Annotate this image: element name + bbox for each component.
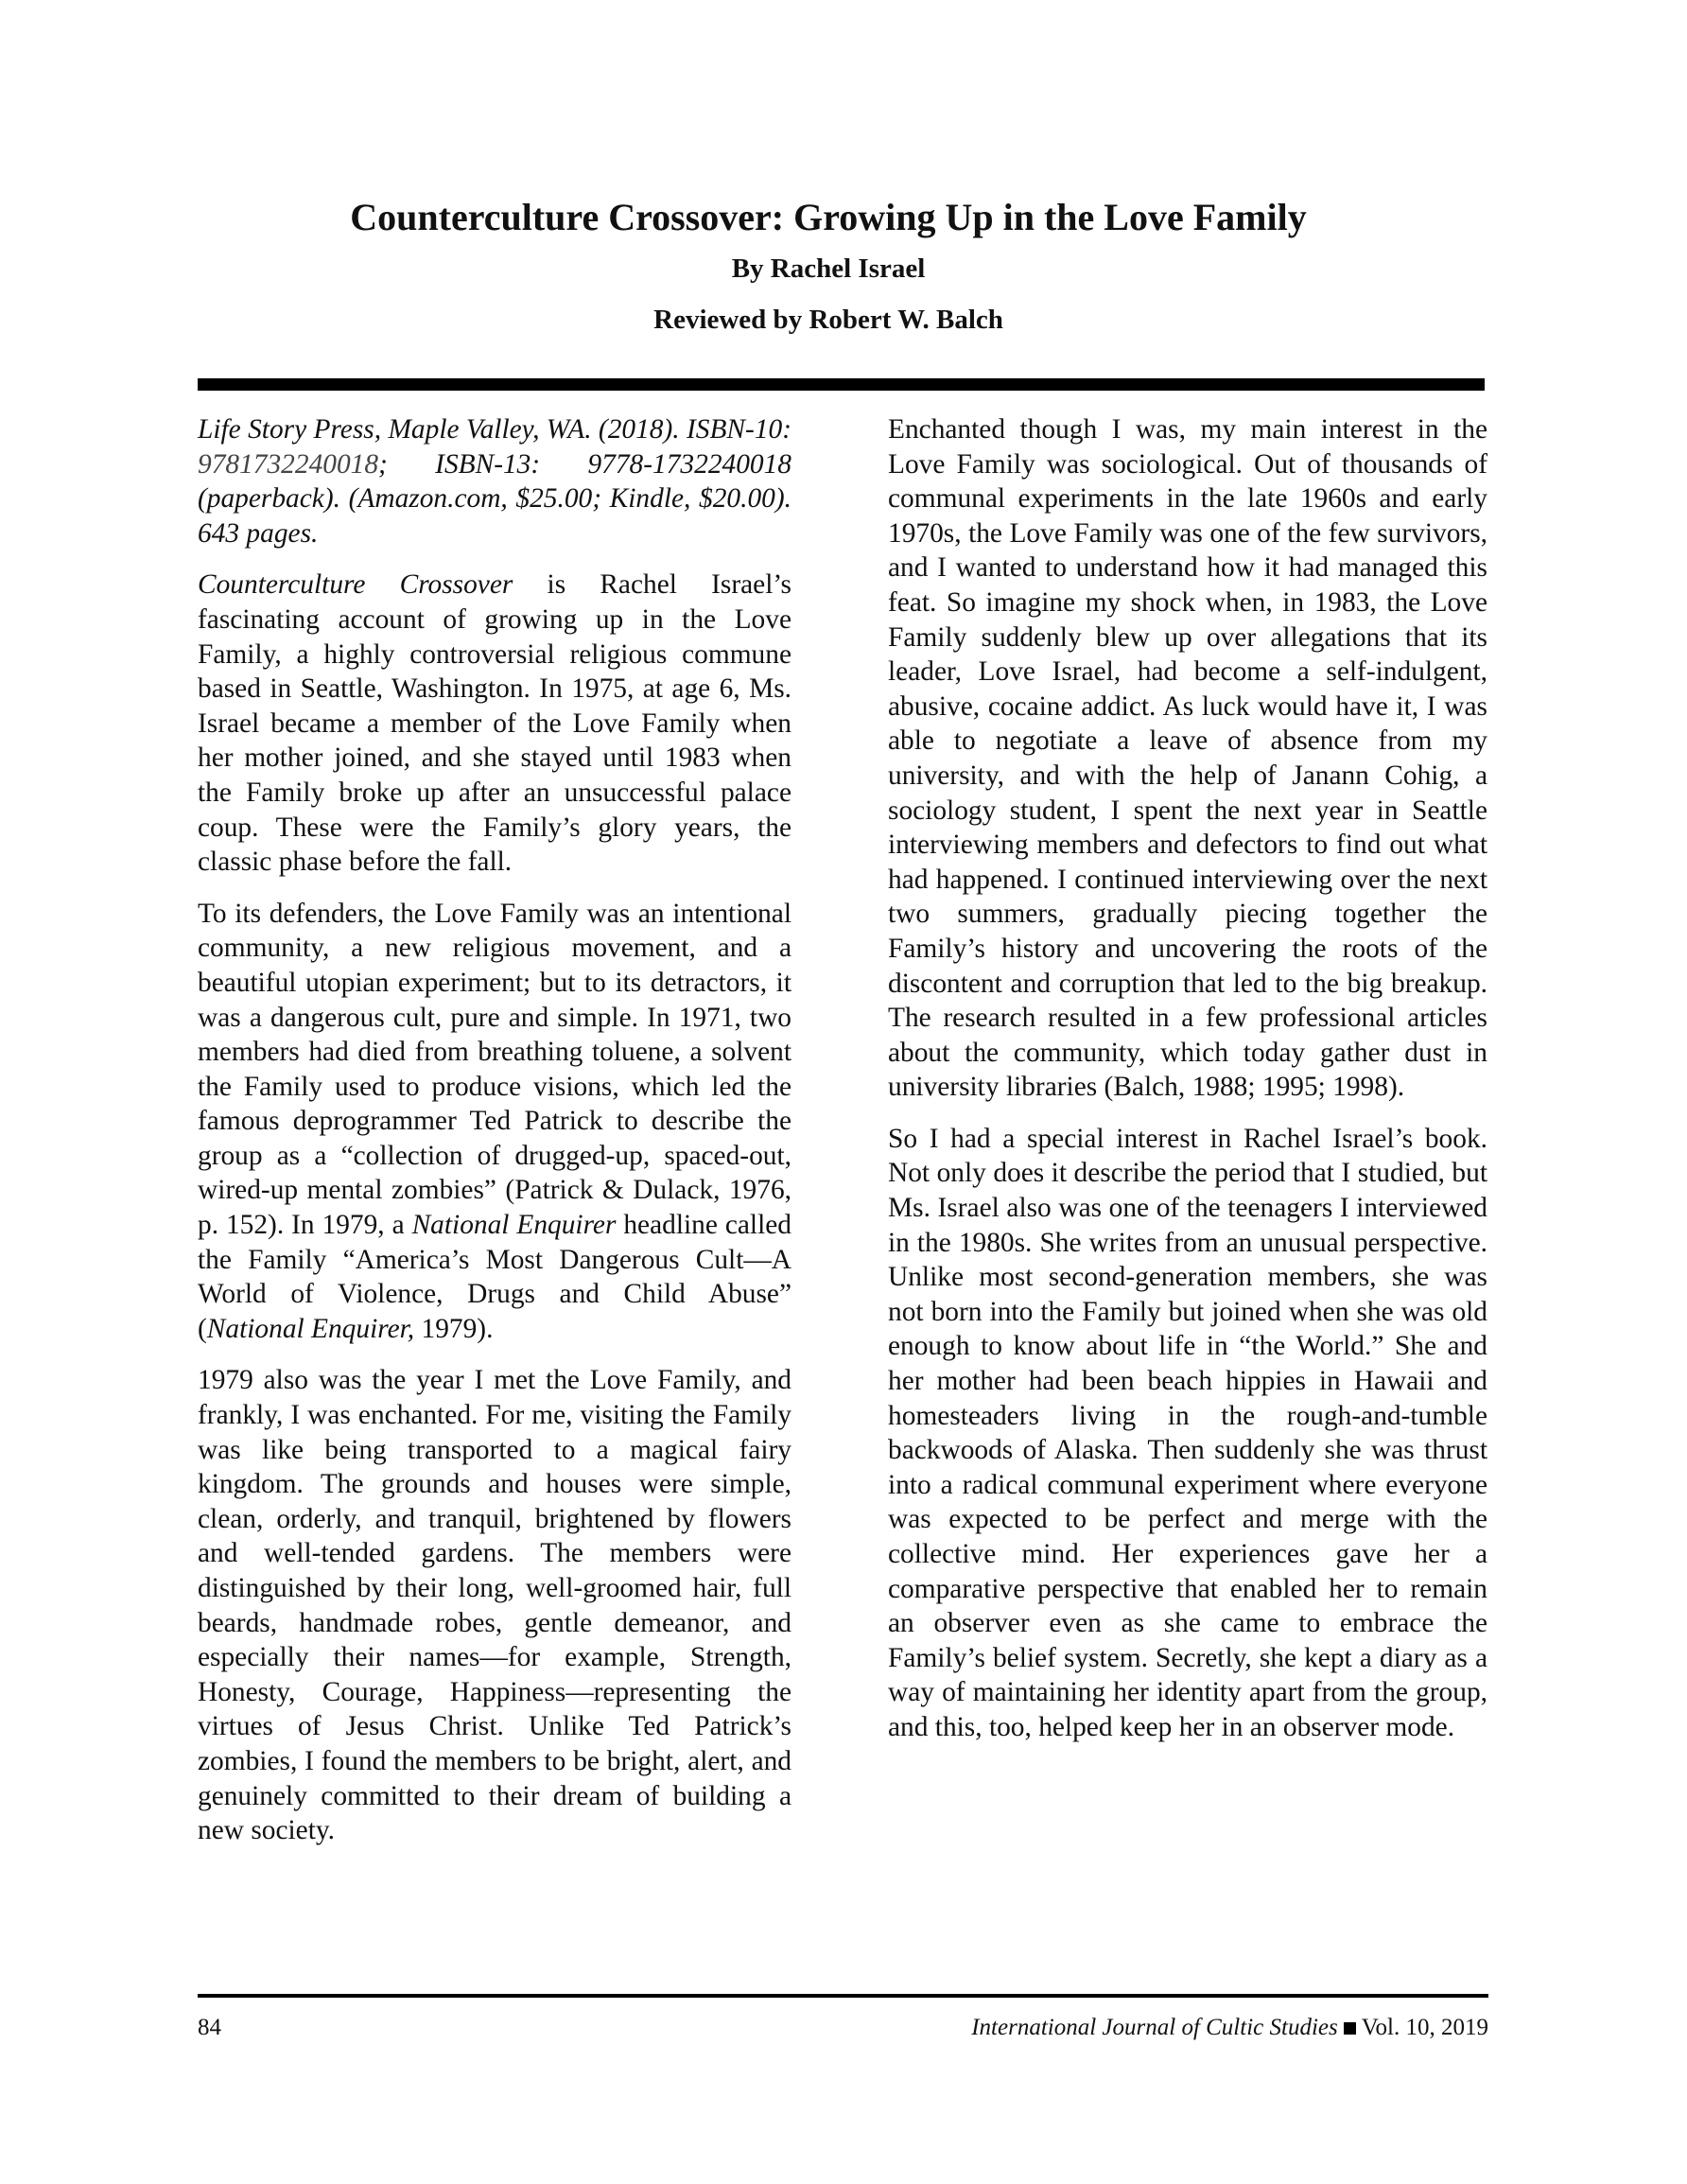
journal-volume: Vol. 10, 2019 bbox=[1362, 2015, 1488, 2040]
paragraph: 1979 also was the year I met the Love Fa… bbox=[198, 1363, 791, 1847]
citation-publisher: Life Story Press, Maple Valley, WA. (201… bbox=[198, 414, 791, 445]
journal-name: International Journal of Cultic Studies bbox=[971, 2015, 1337, 2040]
square-separator-icon bbox=[1344, 2022, 1356, 2035]
page-footer: 84 International Journal of Cultic Studi… bbox=[198, 2013, 1488, 2043]
paragraph-text: is Rachel Israel’s fascinating account o… bbox=[198, 569, 791, 877]
publication-italic: National Enquirer, bbox=[207, 1314, 414, 1344]
right-column: Enchanted though I was, my main interest… bbox=[888, 412, 1487, 1762]
paragraph: Counterculture Crossover is Rachel Israe… bbox=[198, 568, 791, 879]
paragraph-text: 1979). bbox=[414, 1314, 493, 1344]
reviewer: Reviewed by Robert W. Balch bbox=[0, 303, 1672, 337]
book-citation: Life Story Press, Maple Valley, WA. (201… bbox=[198, 412, 791, 550]
footer-rule bbox=[198, 1994, 1488, 1998]
paragraph: Enchanted though I was, my main interest… bbox=[888, 412, 1487, 1105]
paragraph: So I had a special interest in Rachel Is… bbox=[888, 1122, 1487, 1745]
page-number: 84 bbox=[198, 2013, 221, 2043]
paragraph-text: To its defenders, the Love Family was an… bbox=[198, 899, 791, 1240]
publication-italic: National Enquirer bbox=[412, 1210, 617, 1240]
article-title: Counterculture Crossover: Growing Up in … bbox=[0, 195, 1672, 240]
left-column: Life Story Press, Maple Valley, WA. (201… bbox=[198, 412, 791, 1865]
paragraph: To its defenders, the Love Family was an… bbox=[198, 897, 791, 1347]
header-rule bbox=[198, 378, 1485, 391]
journal-info: International Journal of Cultic StudiesV… bbox=[971, 2013, 1488, 2043]
citation-isbn10: 9781732240018 bbox=[198, 449, 378, 480]
book-title-italic: Counterculture Crossover bbox=[198, 569, 513, 600]
article-header: Counterculture Crossover: Growing Up in … bbox=[0, 195, 1687, 337]
book-author: By Rachel Israel bbox=[0, 252, 1672, 286]
